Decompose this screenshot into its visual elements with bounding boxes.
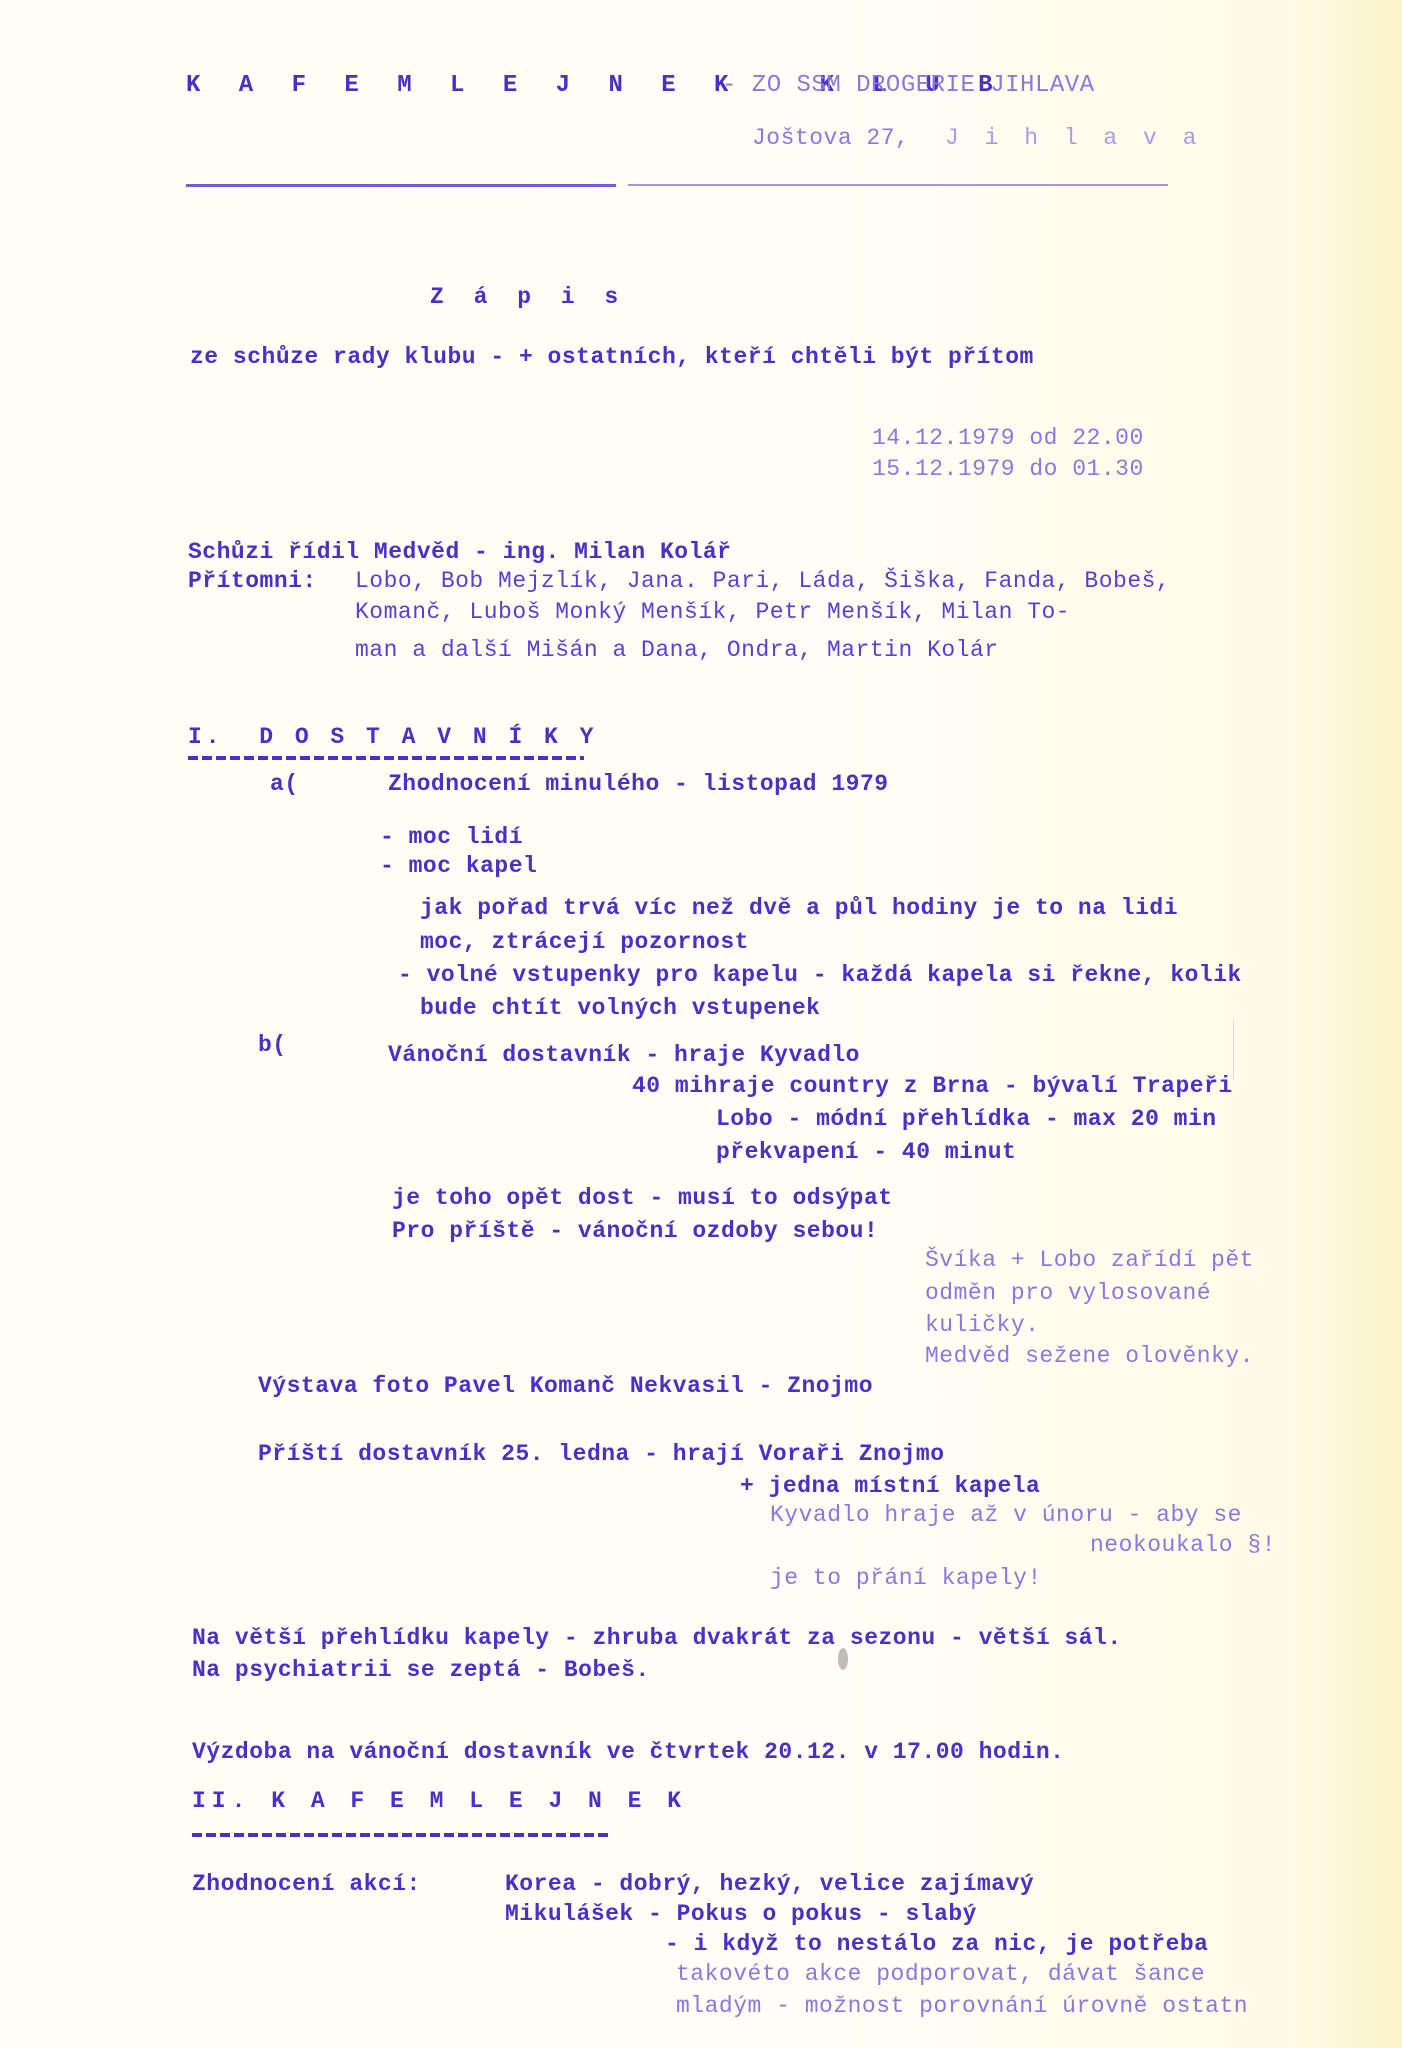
next-event-line: Příští dostavník 25. ledna - hrají Vorař…: [258, 1440, 945, 1468]
item-a-point: - moc kapel: [380, 852, 537, 880]
date-to: 15.12.1979 do 01.30: [872, 455, 1144, 483]
item-a-point: - moc lidí: [380, 823, 523, 851]
eval-line: mladým - možnost porovnání úrovně ostatn: [676, 1992, 1248, 2020]
eval-line: - i když to nestálo za nic, je potřeba: [665, 1930, 1209, 1958]
section-1-underline: [188, 756, 584, 760]
item-a-text: moc, ztrácejí pozornost: [420, 928, 749, 956]
present-line: Lobo, Bob Mejzlík, Jana. Pari, Láda, Šiš…: [355, 567, 1170, 595]
item-a-marker: a(: [270, 770, 299, 798]
eval-line: Mikulášek - Pokus o pokus - slabý: [505, 1900, 977, 1928]
eval-label: Zhodnocení akcí:: [192, 1870, 421, 1898]
next-event-detail: Kyvadlo hraje až v únoru - aby se: [770, 1501, 1242, 1529]
item-a-title: Zhodnocení minulého - listopad 1979: [388, 770, 889, 798]
ink-stain: [838, 1648, 848, 1670]
chair-line: Schůzi řídil Medvěd - ing. Milan Kolář: [188, 538, 732, 566]
item-a-text: - volné vstupenky pro kapelu - každá kap…: [398, 961, 1242, 989]
letterhead-rule-right: [628, 184, 1168, 186]
letterhead-city: J i h l a v a: [945, 124, 1202, 152]
date-from: 14.12.1979 od 22.00: [872, 424, 1144, 452]
item-a-text: jak pořad trvá víc než dvě a půl hodiny …: [420, 894, 1178, 922]
item-b-marker: b(: [258, 1031, 287, 1059]
item-b-program: Lobo - módní přehlídka - max 20 min: [716, 1105, 1217, 1133]
eval-line: takovéto akce podporovat, dávat šance: [676, 1960, 1205, 1988]
decoration-line: Výzdoba na vánoční dostavník ve čtvrtek …: [192, 1738, 1064, 1766]
document-subtitle: ze schůze rady klubu - + ostatních, kteř…: [190, 343, 1034, 371]
psychiatry-line: Na psychiatrii se zeptá - Bobeš.: [192, 1656, 650, 1684]
section-2-underline: [192, 1833, 612, 1837]
section-1-heading: I. D O S T A V N Í K Y: [188, 723, 597, 751]
next-event-detail: je to přání kapely!: [770, 1564, 1042, 1592]
item-b-task: Švíka + Lobo zařídí pět: [925, 1246, 1254, 1274]
exhibition-line: Výstava foto Pavel Komanč Nekvasil - Zno…: [258, 1372, 873, 1400]
item-b-task: Medvěd sežene olověnky.: [925, 1342, 1254, 1370]
section-2-heading: II. K A F E M L E J N E K: [192, 1787, 687, 1815]
item-b-note: je toho opět dost - musí to odsýpat: [392, 1184, 893, 1212]
document-title: Z á p i s: [430, 283, 626, 311]
eval-line: Korea - dobrý, hezký, velice zajímavý: [505, 1870, 1034, 1898]
letterhead-org-sub: - ZO SSM DROGERIE JIHLAVA: [722, 72, 1095, 100]
paper-mark: [1233, 1020, 1234, 1080]
item-a-text: bude chtít volných vstupenek: [420, 994, 820, 1022]
item-b-program: překvapení - 40 minut: [716, 1138, 1016, 1166]
item-b-title: Vánoční dostavník - hraje Kyvadlo: [388, 1041, 860, 1069]
next-event-detail: + jedna místní kapela: [740, 1472, 1040, 1500]
bigger-show-line: Na větší přehlídku kapely - zhruba dvakr…: [192, 1624, 1122, 1652]
next-event-detail: neokoukalo §!: [1090, 1531, 1276, 1559]
present-line: man a další Mišán a Dana, Ondra, Martin …: [355, 636, 999, 664]
letterhead-street: Joštova 27,: [752, 124, 909, 152]
item-b-note: Pro příště - vánoční ozdoby sebou!: [392, 1217, 878, 1245]
item-b-task: odměn pro vylosované: [925, 1279, 1211, 1307]
item-b-task: kuličky.: [925, 1311, 1039, 1339]
letterhead-rule-left: [186, 184, 616, 187]
present-line: Komanč, Luboš Monký Menšík, Petr Menšík,…: [355, 598, 1070, 626]
present-label: Přítomni:: [188, 567, 317, 595]
item-b-program: 40 mihraje country z Brna - bývalí Trape…: [632, 1072, 1233, 1100]
